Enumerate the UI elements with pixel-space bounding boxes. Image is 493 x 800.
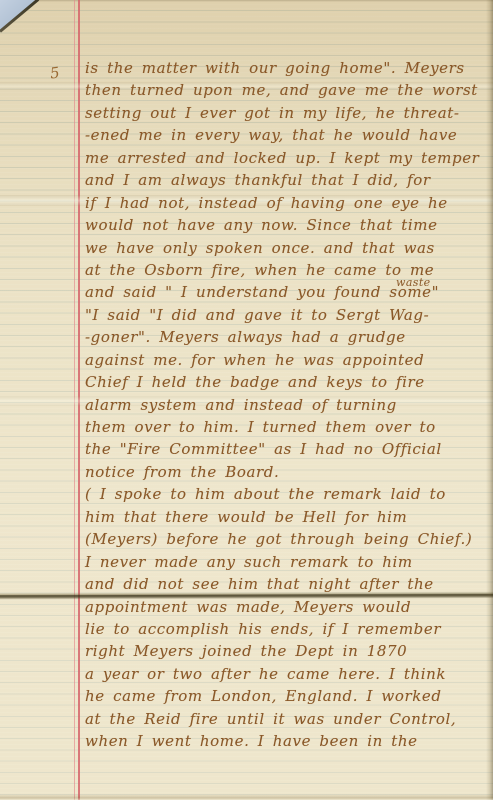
paper-top-edge [38, 0, 493, 2]
handwritten-line: notice from the Board. [85, 461, 489, 483]
handwritten-line: (Meyers) before he got through being Chi… [85, 528, 489, 550]
handwritten-line: we have only spoken once. and that was [85, 237, 489, 259]
handwritten-line: "I said "I did and gave it to Sergt Wag- [85, 304, 489, 326]
handwritten-line: -goner". Meyers always had a grudge [85, 326, 489, 348]
page-number: 5 [49, 63, 61, 82]
handwritten-line: at the Reid fire until it was under Cont… [85, 708, 489, 730]
handwritten-line: him that there would be Hell for him [85, 506, 489, 528]
handwritten-line: alarm system and instead of turning [85, 394, 489, 416]
handwritten-line: them over to him. I turned them over to [85, 416, 489, 438]
handwritten-line: right Meyers joined the Dept in 1870 [85, 640, 489, 662]
handwritten-line: when I went home. I have been in the [85, 730, 489, 752]
handwritten-line: Chief I held the badge and keys to fire [85, 371, 489, 393]
handwritten-line: appointment was made, Meyers would [85, 596, 489, 618]
handwritten-line: if I had not, instead of having one eye … [85, 192, 489, 214]
handwritten-line: and did not see him that night after the [85, 573, 489, 595]
handwritten-line: a year or two after he came here. I thin… [85, 663, 489, 685]
handwritten-line: the "Fire Committee" as I had no Officia… [85, 438, 489, 460]
handwritten-line: and I am always thankful that I did, for [85, 169, 489, 191]
handwritten-line: lie to accomplish his ends, if I remembe… [85, 618, 489, 640]
manuscript-page: 5 is the matter with our going home". Me… [0, 0, 493, 800]
interlinear-insertion: waste [396, 276, 431, 289]
handwritten-line: against me. for when he was appointed [85, 349, 489, 371]
handwritten-line: -ened me in every way, that he would hav… [85, 124, 489, 146]
handwritten-line: setting out I ever got in my life, he th… [85, 102, 489, 124]
folded-corner-backing [0, 0, 42, 36]
handwritten-line: is the matter with our going home". Meye… [85, 57, 489, 79]
handwritten-line: then turned upon me, and gave me the wor… [85, 79, 489, 101]
handwritten-line: he came from London, England. I worked [85, 685, 489, 707]
handwritten-line: I never made any such remark to him [85, 551, 489, 573]
paper-bottom-edge-shadow [0, 794, 493, 800]
handwritten-text-block: is the matter with our going home". Meye… [85, 57, 489, 753]
handwritten-line: ( I spoke to him about the remark laid t… [85, 483, 489, 505]
handwritten-line: would not have any now. Since that time [85, 214, 489, 236]
handwritten-line: me arrested and locked up. I kept my tem… [85, 147, 489, 169]
paper-right-edge-shadow [486, 0, 493, 800]
